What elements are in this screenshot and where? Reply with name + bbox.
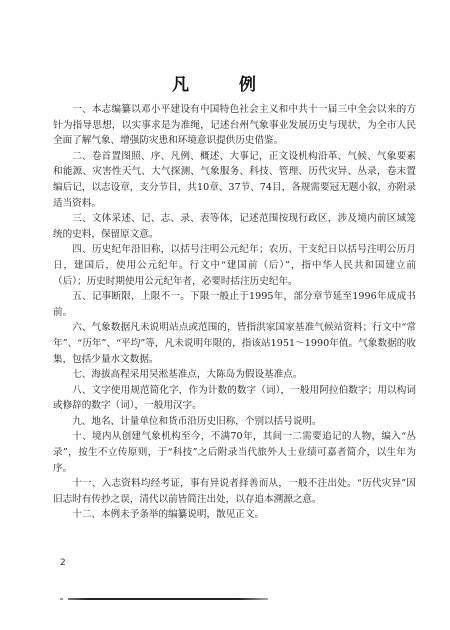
note-paragraph-3: 三、文体采述、记、志、录、表等体，记述范围按现行政区，涉及境内前区域笼统的史料，… xyxy=(53,211,416,242)
note-paragraph-2: 二、卷首置图照、序、凡例、概述、大事记，正文设机构沿革、气候、气象要素和能源、灾… xyxy=(53,149,416,211)
note-paragraph-4: 四、历史纪年沿旧称，以括号注明公元纪年；农历、干支纪日以括号注明公历月日，建国后… xyxy=(53,242,416,289)
note-paragraph-11: 十一、入志资料均经考证，事有异说者择善而从，一般不注出处。“历代灾异”因旧志时有… xyxy=(53,476,416,507)
footer-rule xyxy=(68,598,268,600)
note-paragraph-8: 八、文字使用规范简化字，作为计数的数字（词），一般用阿拉伯数字；用以构词或修辞的… xyxy=(53,383,416,414)
page-number: 2 xyxy=(60,558,66,568)
book-page: 凡 例 一、本志编纂以邓小平建设有中国特色社会主义和中共十一届三中全会以来的方针… xyxy=(0,0,450,630)
footer-mark xyxy=(60,598,63,600)
note-paragraph-9: 九、地名、计量单位和货币沿历史旧称，个别以括号说明。 xyxy=(53,414,416,430)
note-paragraph-10: 十、境内从创建气象机构至今，不满70年，其间一二需要追记的人物，编入“丛录”，按… xyxy=(53,429,416,476)
note-paragraph-6: 六、气象数据凡未说明站点或范围的，皆指洪家国家基准气候站资料；行文中“常年”、“… xyxy=(53,320,416,367)
note-paragraph-1: 一、本志编纂以邓小平建设有中国特色社会主义和中共十一届三中全会以来的方针为指导思… xyxy=(53,102,416,149)
note-paragraph-12: 十二、本例未予条举的编纂说明，散见正文。 xyxy=(53,507,416,523)
explanatory-notes-body: 一、本志编纂以邓小平建设有中国特色社会主义和中共十一届三中全会以来的方针为指导思… xyxy=(53,102,416,523)
note-paragraph-5: 五、记事断限，上限不一。下限一般止于1995年，部分章节延至1996年成成书前。 xyxy=(53,289,416,320)
page-title: 凡 例 xyxy=(0,70,450,95)
note-paragraph-7: 七、海拔高程采用吴淞基准点，大陈岛为假设基准点。 xyxy=(53,367,416,383)
